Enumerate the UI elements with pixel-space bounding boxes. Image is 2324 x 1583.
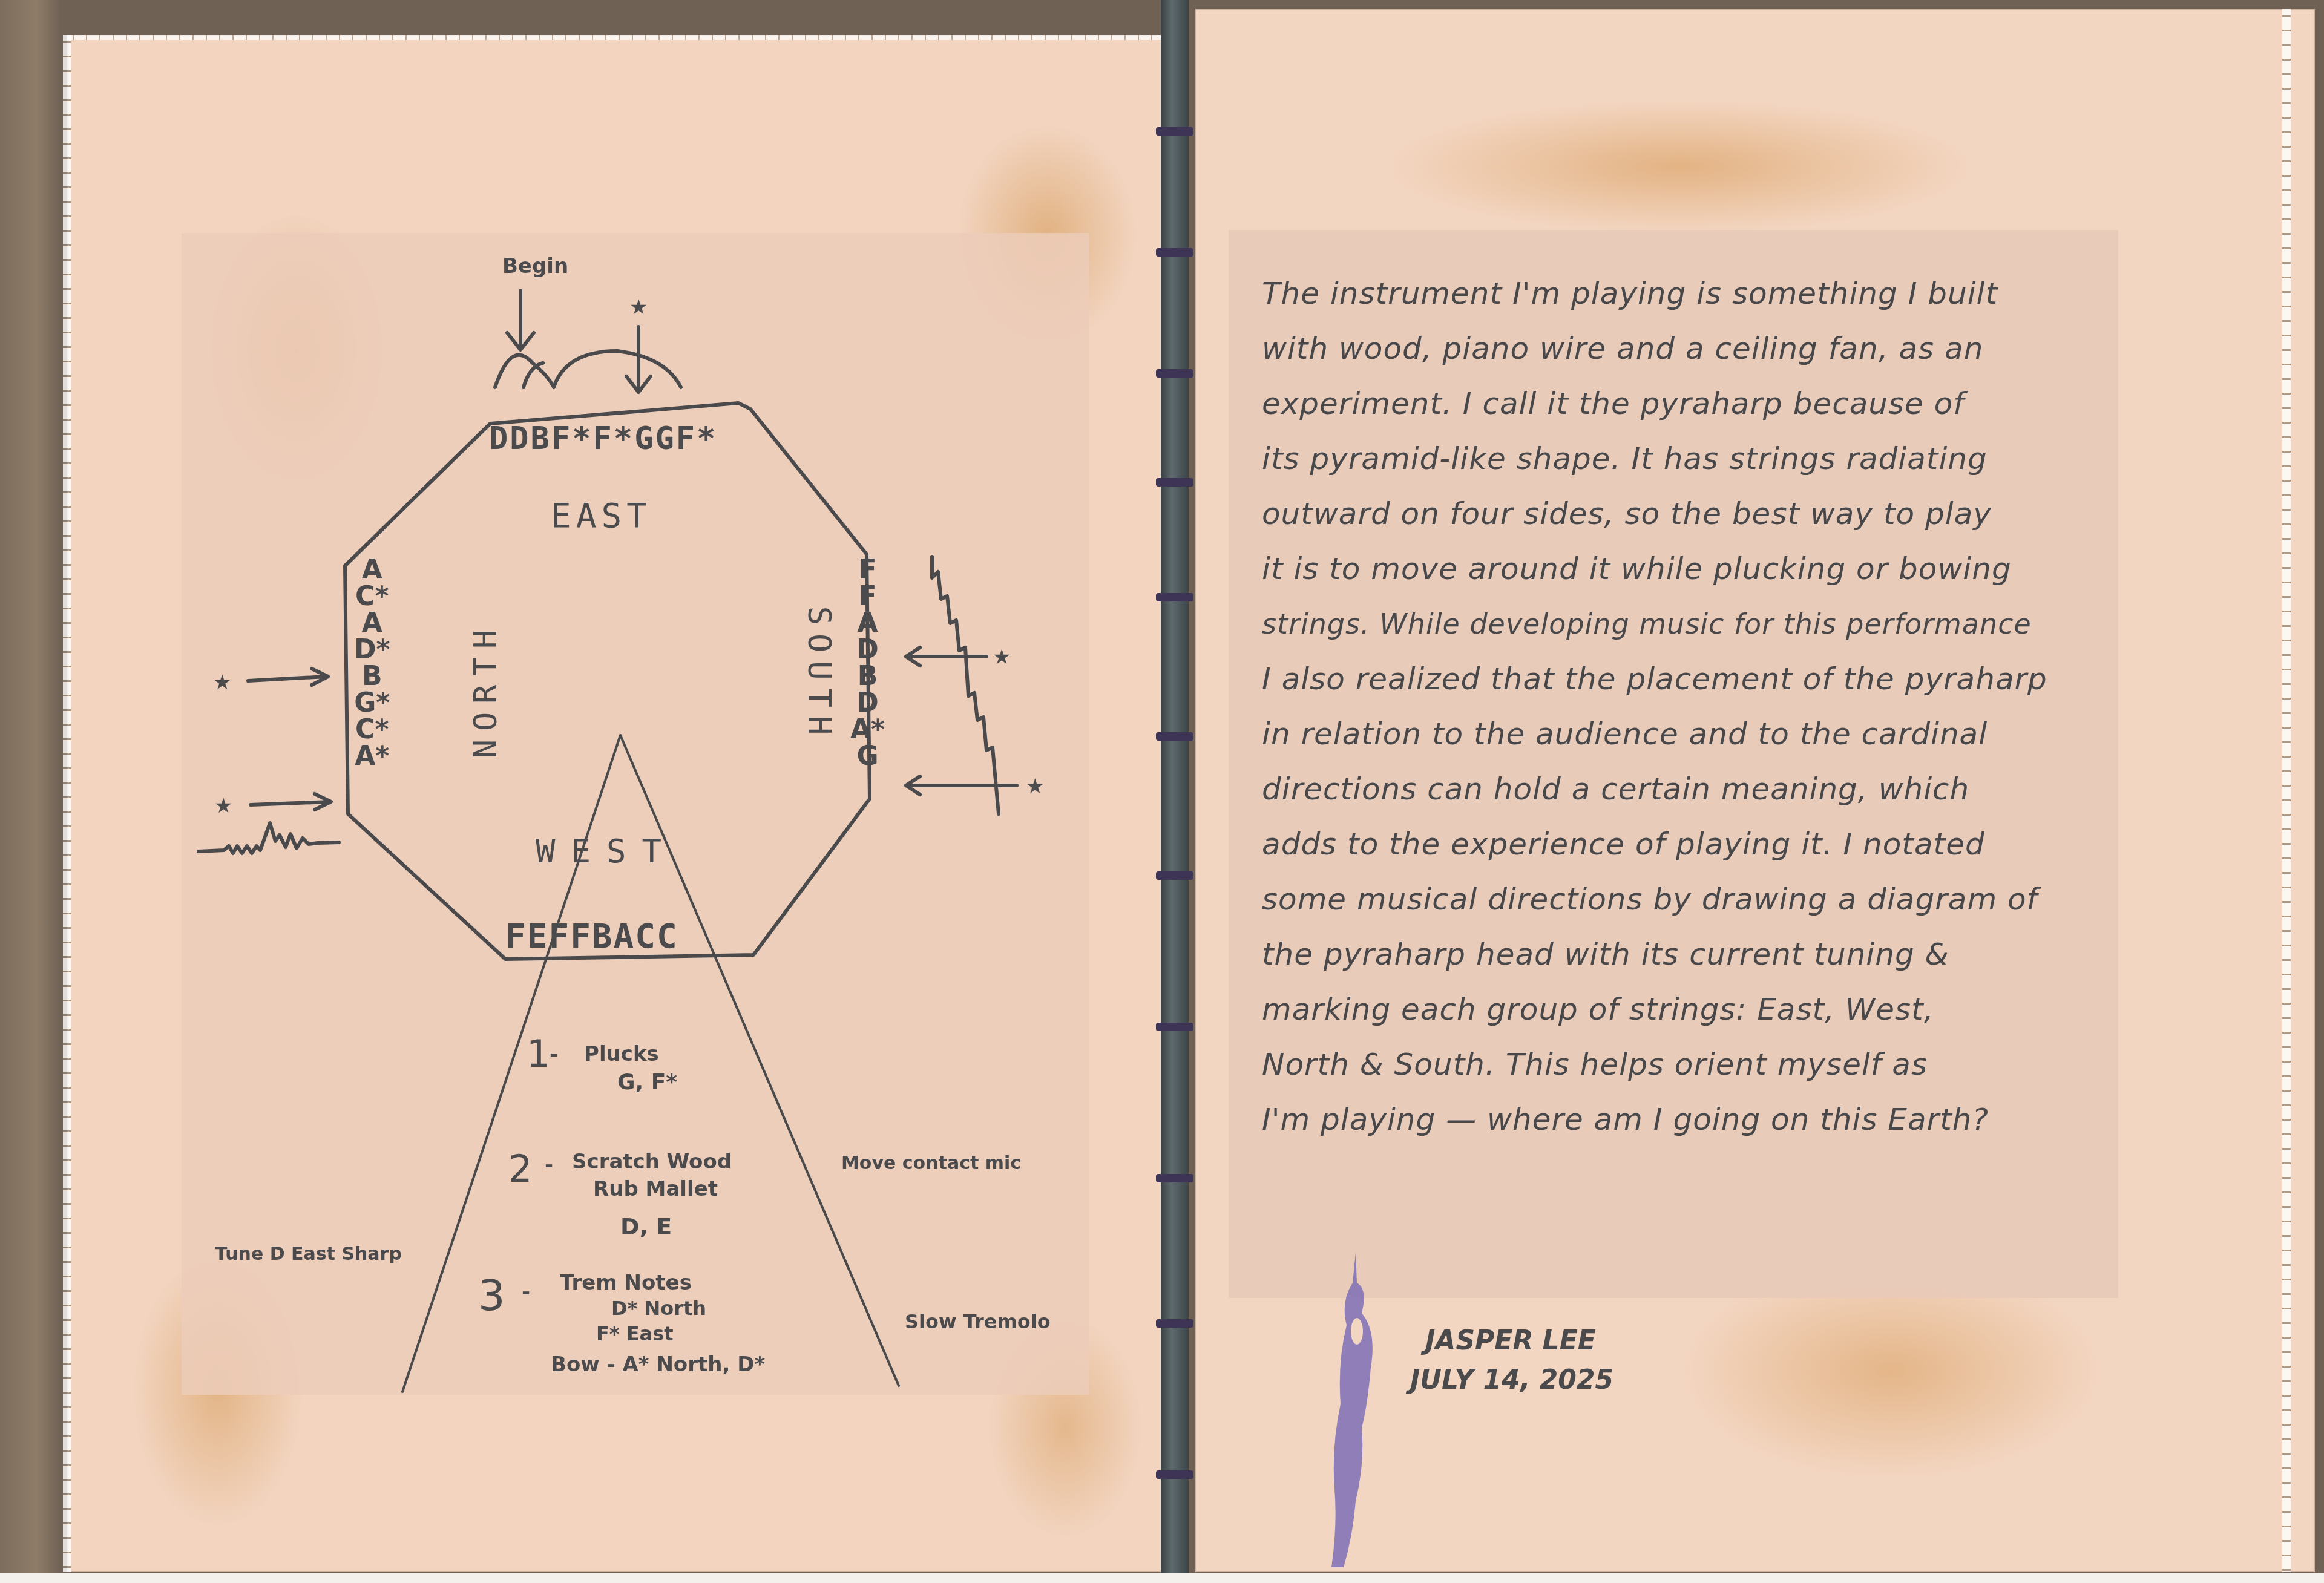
west-notes: FEFFBACC [505, 917, 678, 956]
star-icon: ★ [214, 794, 232, 818]
paragraph-line: some musical directions by drawing a dia… [1262, 872, 2121, 927]
paragraph-line: I also realized that the placement of th… [1262, 652, 2121, 707]
side-note-tune: Tune D East Sharp [215, 1244, 402, 1265]
handwritten-paragraph: The instrument I'm playing is something … [1262, 266, 2121, 1147]
east-label: EAST [551, 496, 652, 536]
paragraph-line: North & South. This helps orient myself … [1262, 1037, 2121, 1092]
step-action: Rub Mallet [593, 1177, 718, 1201]
star-icon: ★ [993, 645, 1011, 669]
paragraph-line: I'm playing — where am I going on this E… [1262, 1092, 2121, 1147]
star-icon: ★ [629, 295, 648, 320]
paragraph-line: the pyraharp head with its current tunin… [1262, 927, 2121, 982]
step-notes: D, E [620, 1213, 672, 1240]
step-number: 1 [527, 1032, 550, 1076]
step-dash: - [545, 1153, 553, 1177]
scan-edge [0, 1573, 2324, 1583]
begin-label: Begin [502, 254, 568, 278]
paragraph-line: strings. While developing music for this… [1262, 597, 2121, 652]
side-note-tremolo: Slow Tremolo [905, 1310, 1051, 1333]
step-notes: G, F* [617, 1070, 677, 1095]
paragraph-line: outward on four sides, so the best way t… [1262, 487, 2121, 542]
step-dash: - [522, 1280, 530, 1304]
east-notes: DDBF*F*GGF* [489, 421, 717, 457]
north-label: NORTH [468, 621, 504, 759]
south-label: SOUTH [801, 606, 837, 744]
step-number: 3 [478, 1271, 505, 1320]
step-line: D* North [611, 1297, 706, 1320]
paragraph-line: it is to move around it while plucking o… [1262, 542, 2121, 597]
side-note-contact-mic: Move contact mic [841, 1153, 1021, 1174]
paragraph-line: with wood, piano wire and a ceiling fan,… [1262, 321, 2121, 376]
star-icon: ★ [213, 670, 231, 695]
signature-date: JULY 14, 2025 [1410, 1365, 1613, 1395]
north-notes: A C* A D* B G* C* A* [354, 557, 390, 770]
paragraph-line: its pyramid-like shape. It has strings r… [1262, 431, 2121, 487]
step-number: 2 [508, 1147, 532, 1191]
step-action: Plucks [584, 1042, 659, 1066]
step-dash: - [550, 1042, 558, 1066]
paragraph-line: adds to the experience of playing it. I … [1262, 817, 2121, 872]
purple-ink-figure [1319, 1247, 1392, 1573]
step-line: F* East [596, 1322, 674, 1345]
paragraph-line: directions can hold a certain meaning, w… [1262, 762, 2121, 817]
paragraph-line: in relation to the audience and to the c… [1262, 707, 2121, 762]
step-action: Scratch Wood [572, 1150, 732, 1174]
west-label: WEST [536, 832, 677, 870]
paragraph-line: The instrument I'm playing is something … [1262, 266, 2121, 321]
signature-name: JASPER LEE [1425, 1325, 1596, 1356]
south-notes: F F A D B D A* G [850, 557, 885, 770]
step-action: Trem Notes [560, 1271, 692, 1295]
paragraph-line: experiment. I call it the pyraharp becau… [1262, 376, 2121, 431]
paragraph-line: marking each group of strings: East, Wes… [1262, 982, 2121, 1037]
star-icon: ★ [1026, 775, 1044, 799]
step-line: Bow - A* North, D* [551, 1352, 765, 1377]
